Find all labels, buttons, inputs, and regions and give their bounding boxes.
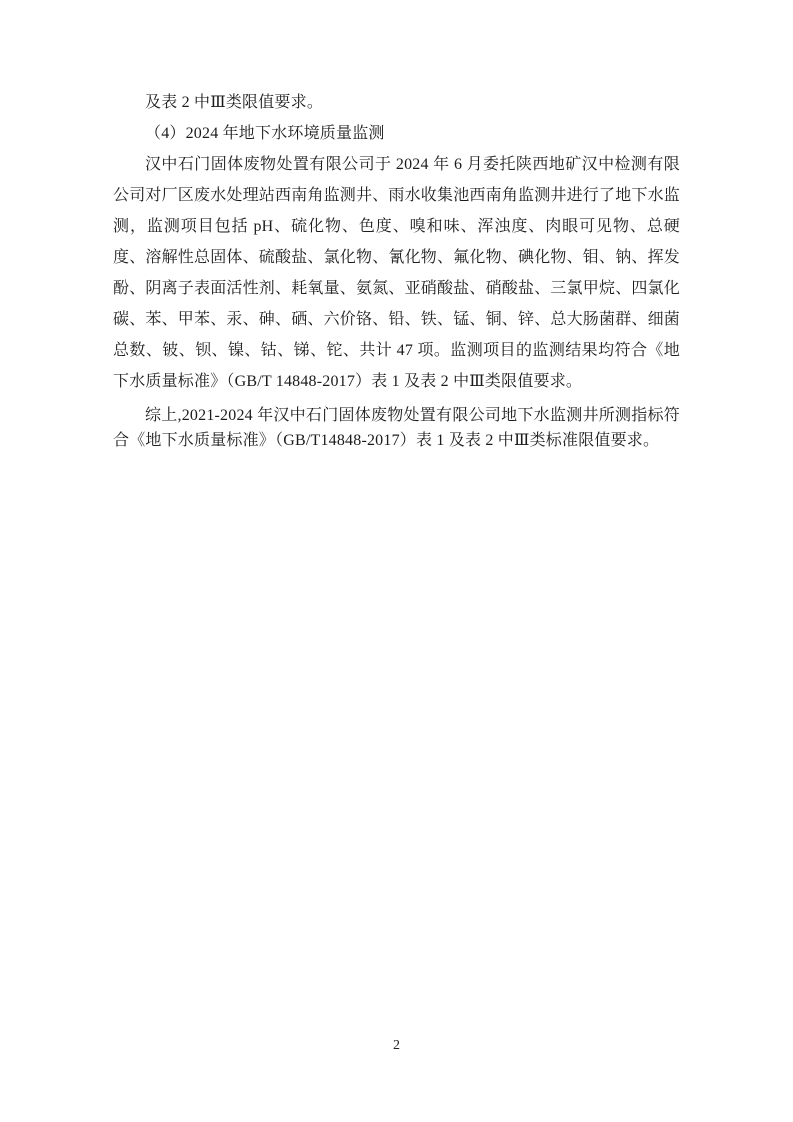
document-page: 及表 2 中Ⅲ类限值要求。 （4）2024 年地下水环境质量监测 汉中石门固体废… <box>0 0 793 1122</box>
page-footer: 2 <box>0 1036 793 1054</box>
page-body-text: 及表 2 中Ⅲ类限值要求。 （4）2024 年地下水环境质量监测 汉中石门固体废… <box>113 87 680 453</box>
page-number: 2 <box>393 1038 400 1053</box>
paragraph-body: 汉中石门固体废物处置有限公司于 2024 年 6 月委托陕西地矿汉中检测有限公司… <box>113 149 680 397</box>
paragraph-continuation: 及表 2 中Ⅲ类限值要求。 <box>113 87 680 118</box>
paragraph-summary: 综上,2021-2024 年汉中石门固体废物处置有限公司地下水监测井所测指标符合… <box>113 403 680 453</box>
paragraph-subheading: （4）2024 年地下水环境质量监测 <box>113 118 680 149</box>
